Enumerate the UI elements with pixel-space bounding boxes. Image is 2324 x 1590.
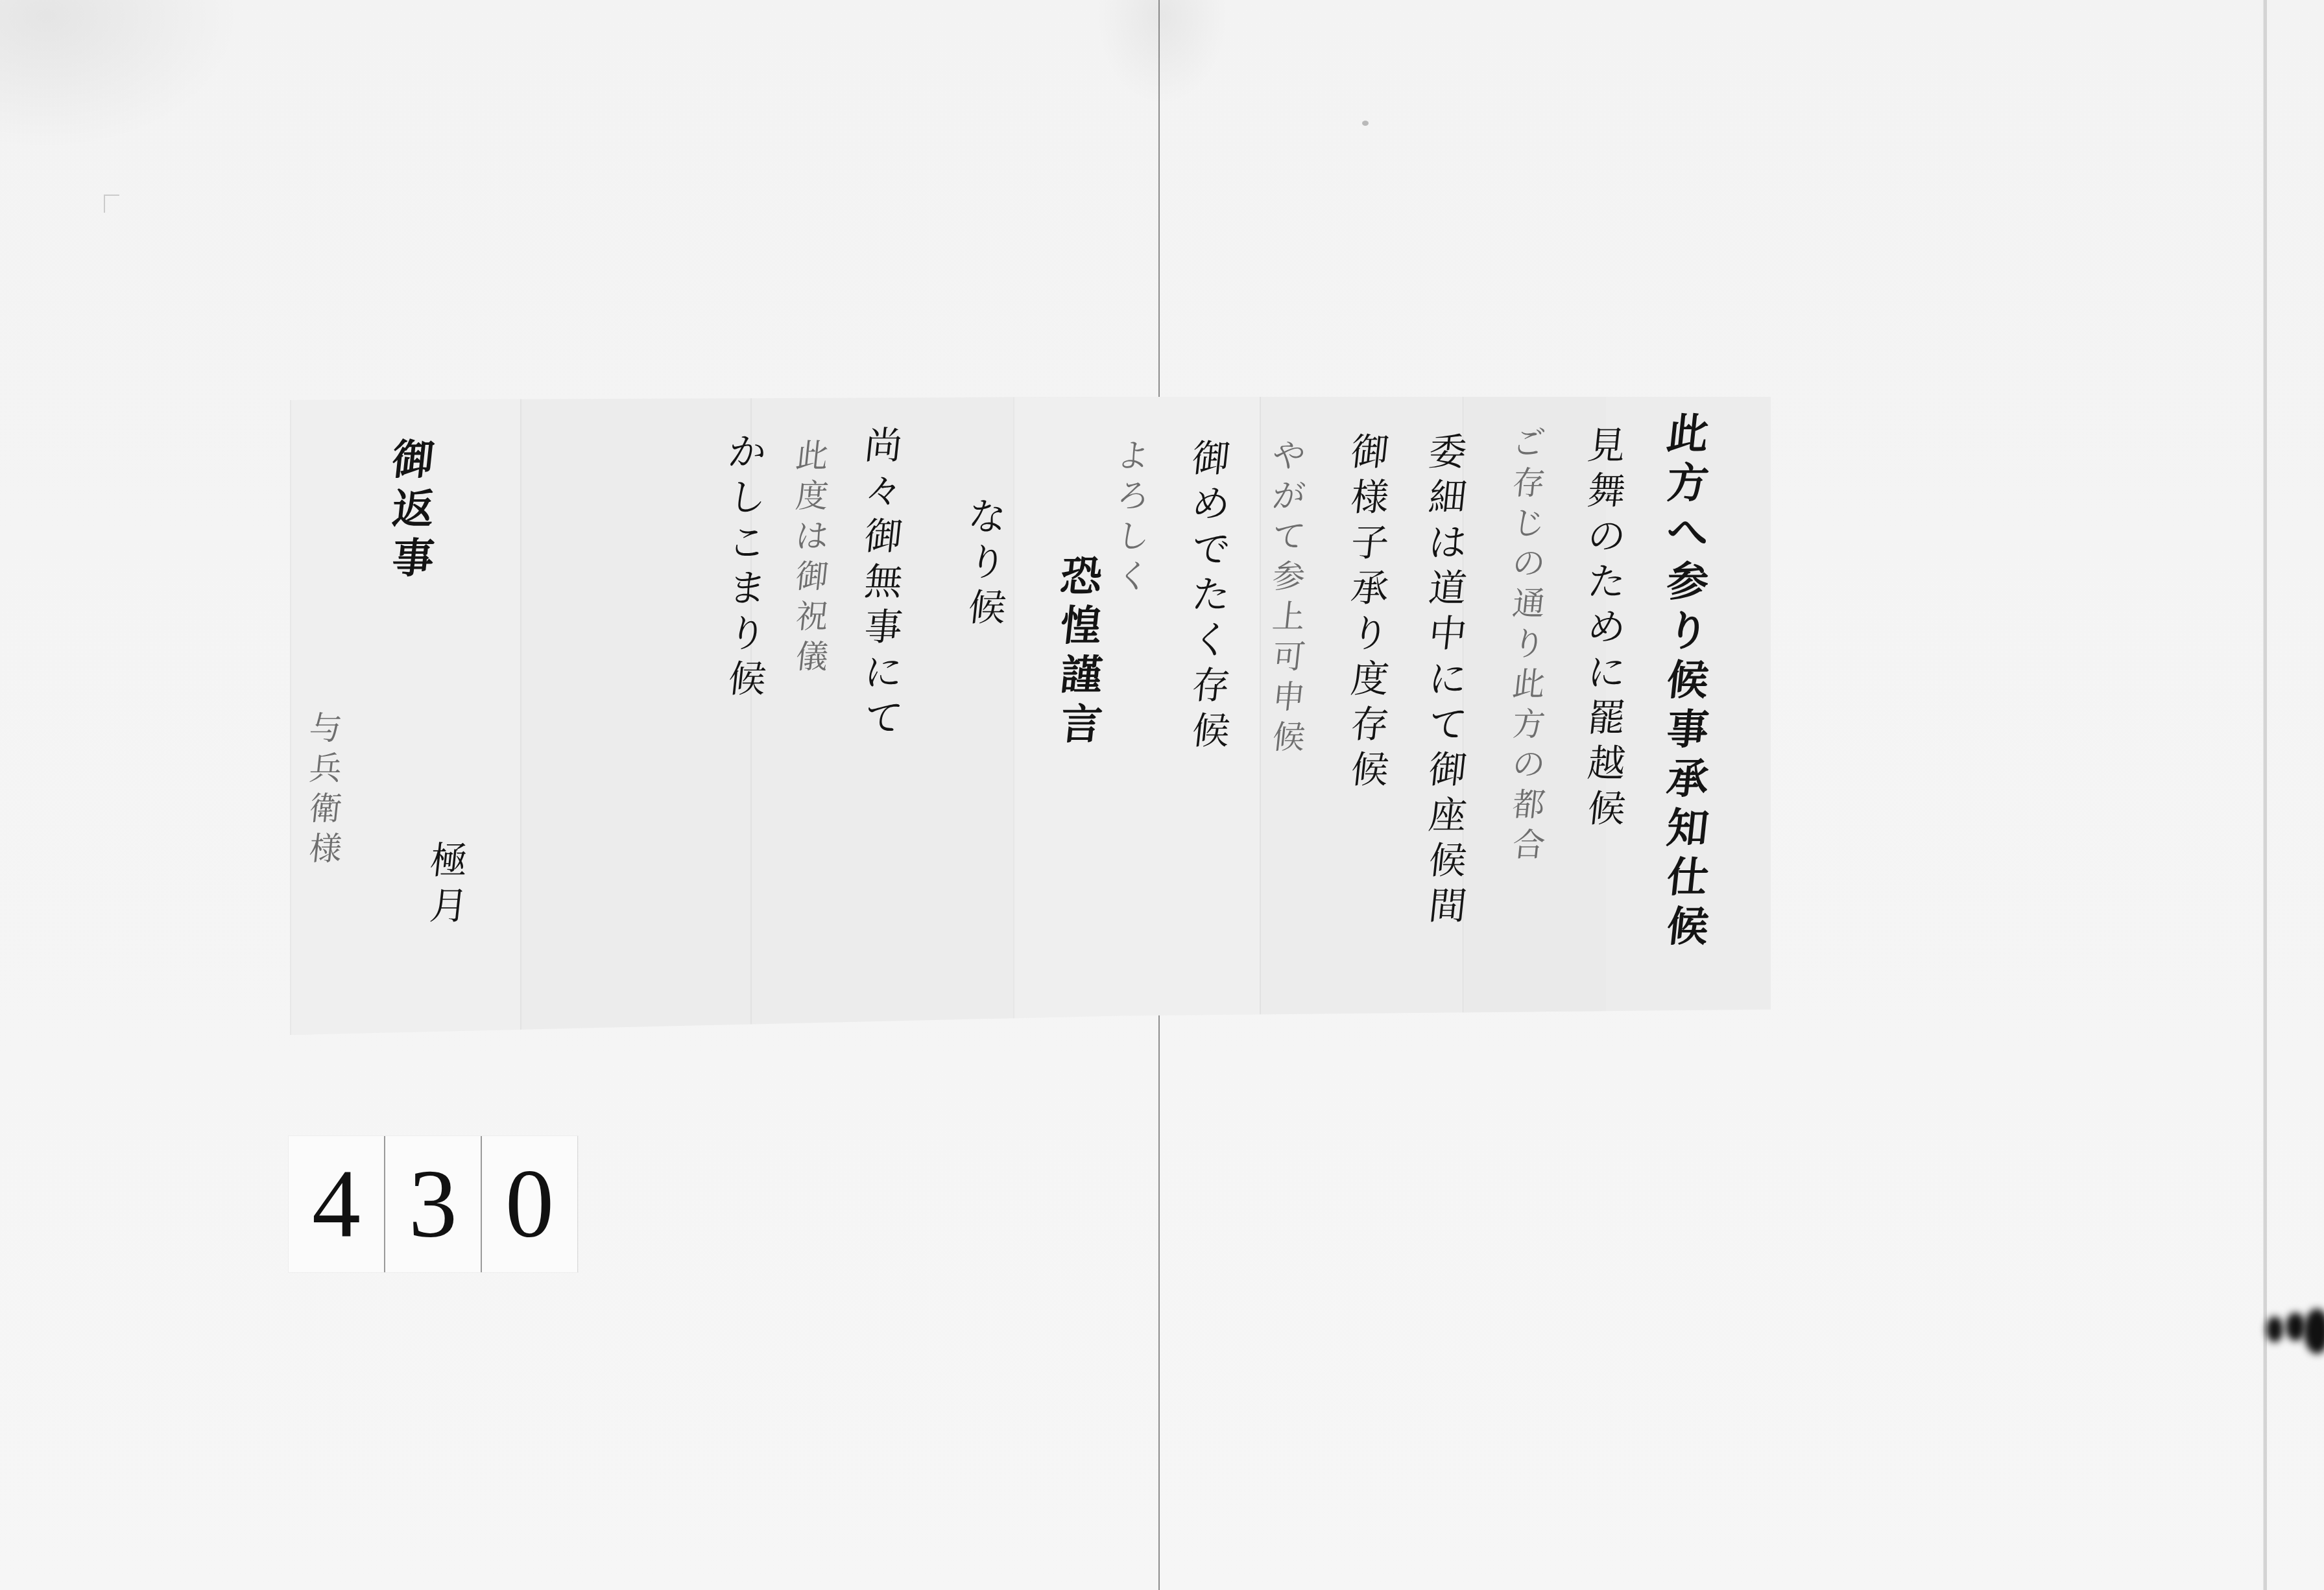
handwritten-glyph: に [863, 654, 904, 691]
handwritten-glyph: ご [1511, 427, 1546, 459]
handwritten-glyph: 祝 [794, 600, 830, 633]
handwritten-glyph: 衛 [307, 792, 343, 825]
handwritten-glyph: 無 [863, 563, 904, 600]
handwritten-glyph: に [1586, 654, 1627, 691]
handwritten-glyph: が [1271, 480, 1306, 512]
handwritten-glyph: 恐 [1059, 556, 1105, 598]
handwritten-glyph: 候 [726, 660, 768, 698]
handwritten-glyph: 様 [1349, 479, 1391, 516]
handwritten-glyph: り [966, 543, 1008, 581]
handwritten-glyph: こ [726, 524, 768, 562]
handwritten-glyph: め [1190, 485, 1232, 523]
handwritten-glyph: め [1586, 608, 1627, 646]
handwritten-glyph: 知 [1665, 808, 1711, 849]
handwritten-glyph: 候 [1665, 907, 1711, 948]
letter-column: なり候 [958, 494, 1016, 630]
handwritten-glyph: 承 [1349, 569, 1391, 607]
handwritten-letter: 此方へ参り候事承知仕候 見舞のために罷越候 ご存じの通り此方の都合 委細は道中に… [290, 397, 1771, 1035]
handwritten-glyph: 存 [1349, 706, 1391, 743]
handwritten-glyph: 返 [390, 489, 437, 530]
handwritten-glyph: な [966, 498, 1008, 536]
handwritten-glyph: 此 [1665, 414, 1711, 455]
handwritten-glyph: 参 [1271, 560, 1306, 593]
handwritten-glyph: 御 [794, 560, 830, 593]
handwritten-glyph: 候 [1190, 712, 1232, 750]
page-number-digit: 4 [289, 1136, 385, 1272]
handwritten-glyph: し [726, 479, 768, 516]
handwritten-glyph: た [1190, 576, 1232, 613]
handwritten-glyph: 候 [1427, 842, 1468, 879]
handwritten-glyph: 事 [863, 608, 904, 646]
handwritten-glyph: 度 [1349, 660, 1391, 698]
handwritten-glyph: に [1427, 660, 1468, 698]
handwritten-glyph: じ [1511, 507, 1546, 540]
handwritten-glyph: 々 [863, 472, 904, 510]
letter-column: よろしく [1104, 436, 1162, 597]
handwritten-glyph: ろ [1115, 480, 1151, 512]
page-number-digit: 0 [482, 1136, 578, 1272]
letter-column: 御返事 [384, 436, 442, 584]
handwritten-glyph: 謹 [1059, 655, 1105, 696]
handwritten-glyph: 細 [1427, 479, 1468, 516]
handwritten-glyph: 子 [1349, 524, 1391, 562]
handwritten-glyph: 極 [428, 842, 470, 879]
handwritten-glyph: や [1271, 440, 1306, 472]
handwritten-glyph: 存 [1190, 667, 1232, 704]
handwritten-glyph: 道 [1427, 569, 1468, 607]
letter-column: 委細は道中にて御座候間 [1419, 429, 1477, 929]
handwritten-glyph: の [1511, 547, 1546, 580]
letter-column: かしこまり候 [718, 429, 776, 702]
handwritten-glyph: 御 [390, 440, 437, 481]
handwritten-glyph: 兵 [307, 752, 343, 785]
letter-column: 御様子承り度存候 [1341, 429, 1399, 792]
handwritten-glyph: 仕 [1665, 857, 1711, 899]
letter-column: 極月 [420, 838, 478, 929]
handwritten-glyph: 度 [794, 480, 830, 512]
page-number-tag: 4 3 0 [289, 1136, 578, 1272]
handwritten-glyph: 上 [1271, 600, 1306, 633]
handwritten-glyph: 存 [1511, 467, 1546, 499]
handwritten-glyph: 申 [1271, 681, 1306, 713]
handwritten-glyph: で [1190, 530, 1232, 568]
letter-column: 恐惶謹言 [1052, 552, 1110, 750]
handwritten-glyph: 尚 [863, 427, 904, 464]
letter-text-columns: 此方へ参り候事承知仕候 見舞のために罷越候 ご存じの通り此方の都合 委細は道中に… [290, 397, 1771, 1035]
handwritten-glyph: 座 [1427, 796, 1468, 834]
letter-column: ご存じの通り此方の都合 [1500, 423, 1558, 865]
handwritten-glyph: 候 [966, 589, 1008, 626]
handwritten-glyph: 此 [1511, 668, 1546, 700]
handwritten-glyph: 罷 [1586, 699, 1627, 737]
letter-column: 御めでたく存候 [1182, 436, 1240, 753]
handwritten-glyph: よ [1115, 440, 1151, 472]
handwritten-glyph: 事 [1665, 709, 1711, 751]
handwritten-glyph: 惶 [1059, 606, 1105, 647]
handwritten-glyph: 委 [1427, 433, 1468, 471]
letter-column: 尚々御無事にて [854, 423, 913, 741]
handwritten-glyph: て [863, 699, 904, 737]
stray-pencil-mark [104, 195, 119, 213]
handwritten-glyph: て [1427, 706, 1468, 743]
handwritten-glyph: 候 [1586, 790, 1627, 827]
handwritten-glyph: 候 [1665, 660, 1711, 702]
handwritten-glyph: 候 [1271, 721, 1306, 753]
edge-ink-smudge [2261, 1303, 2324, 1355]
handwritten-glyph: て [1271, 520, 1306, 552]
handwritten-glyph: 様 [307, 833, 343, 865]
letter-column: 与兵衛様 [296, 708, 355, 869]
handwritten-glyph: 舞 [1586, 472, 1627, 510]
handwritten-glyph: 事 [390, 538, 437, 580]
handwritten-glyph: 通 [1511, 587, 1546, 620]
stray-dot [1362, 121, 1369, 126]
letter-column: やがて参上可申候 [1260, 436, 1318, 757]
handwritten-glyph: 中 [1427, 615, 1468, 652]
handwritten-glyph: 方 [1511, 708, 1546, 741]
handwritten-glyph: 見 [1586, 427, 1627, 464]
handwritten-glyph: 儀 [794, 641, 830, 673]
handwritten-glyph: 月 [428, 887, 470, 925]
handwritten-glyph: へ [1665, 512, 1711, 554]
handwritten-glyph: か [726, 433, 768, 471]
handwritten-glyph: の [1586, 517, 1627, 555]
handwritten-glyph: り [726, 615, 768, 652]
handwritten-glyph: 合 [1511, 829, 1546, 861]
handwritten-glyph: は [794, 520, 830, 552]
handwritten-glyph: 与 [307, 712, 343, 744]
handwritten-glyph: 方 [1665, 463, 1711, 504]
handwritten-glyph: 可 [1271, 641, 1306, 673]
handwritten-glyph: り [1665, 611, 1711, 652]
handwritten-glyph: し [1115, 520, 1151, 552]
handwritten-glyph: く [1115, 560, 1151, 593]
handwritten-glyph: 越 [1586, 744, 1627, 782]
handwritten-glyph: 言 [1059, 704, 1105, 746]
handwritten-glyph: ま [726, 569, 768, 607]
handwritten-glyph: 承 [1665, 759, 1711, 800]
handwritten-glyph: 間 [1427, 887, 1468, 925]
handwritten-glyph: 此 [794, 440, 830, 472]
letter-column: 見舞のために罷越候 [1577, 423, 1636, 831]
handwritten-glyph: 御 [1349, 433, 1391, 471]
handwritten-glyph: 都 [1511, 789, 1546, 821]
handwritten-glyph: 御 [863, 517, 904, 555]
handwritten-glyph: り [1349, 615, 1391, 652]
page-number-digit: 3 [385, 1136, 482, 1272]
handwritten-glyph: の [1511, 748, 1546, 781]
handwritten-glyph: り [1511, 628, 1546, 660]
letter-column: 此度は御祝儀 [783, 436, 841, 677]
handwritten-glyph: 参 [1665, 562, 1711, 603]
handwritten-glyph: は [1427, 524, 1468, 562]
handwritten-glyph: く [1190, 621, 1232, 659]
handwritten-glyph: 御 [1427, 751, 1468, 789]
letter-column: 此方へ参り候事承知仕候 [1659, 410, 1717, 952]
handwritten-glyph: た [1586, 563, 1627, 600]
handwritten-glyph: 御 [1190, 440, 1232, 477]
handwritten-glyph: 候 [1349, 751, 1391, 789]
